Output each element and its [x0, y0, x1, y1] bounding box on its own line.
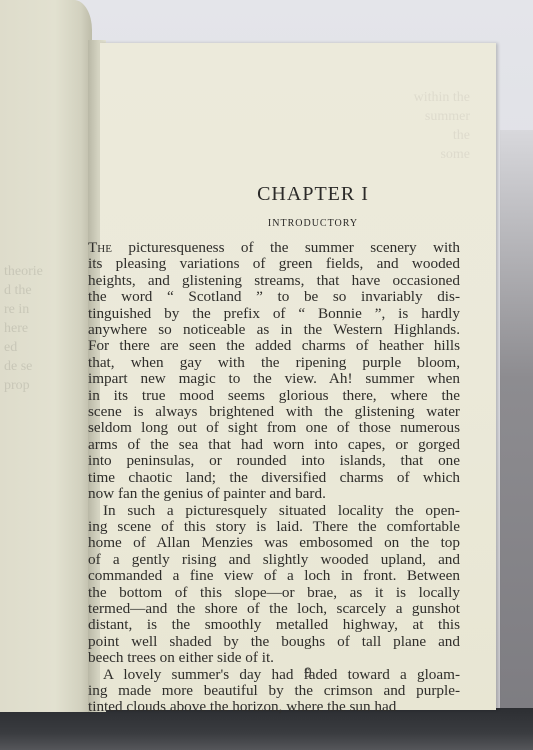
- text-line: of a gently rising and slightly wooded u…: [88, 552, 460, 568]
- text-line: heights, and glistening streams, that ha…: [88, 273, 460, 289]
- text-line: now fan the genius of painter and bard.: [88, 486, 460, 502]
- text-line: For there are seen the added charms of h…: [88, 338, 460, 354]
- text-line: its pleasing variations of green fields,…: [88, 256, 460, 272]
- text-line: In such a picturesquely situated localit…: [88, 503, 460, 519]
- text-line: the word “ Scotland ” to be so invariabl…: [88, 289, 460, 305]
- text-line: point well shaded by the boughs of tall …: [88, 634, 460, 650]
- text-line: ing made more beautiful by the crimson a…: [88, 683, 460, 699]
- text-line: distant, is the smoothly metalled highwa…: [88, 617, 460, 633]
- text-line: time chaotic land; the diversified charm…: [88, 470, 460, 486]
- text-line: scene is always brightened with the glis…: [88, 404, 460, 420]
- text-line: arms of the sea that had worn into capes…: [88, 437, 460, 453]
- text-line: home of Allan Menzies was embosomed on t…: [88, 535, 460, 551]
- text-line: that, when gay with the ripening purple …: [88, 355, 460, 371]
- right-page: within the summer the some CHAPTER I INT…: [100, 43, 496, 710]
- text-line: the bottom of this slope—or brae, as it …: [88, 585, 460, 601]
- text-line: into peninsulas, or rounded into islands…: [88, 453, 460, 469]
- left-page-faint-text: theorie d the re in here ed de se prop: [4, 262, 64, 395]
- chapter-title: CHAPTER I: [100, 183, 496, 206]
- text-line: termed—and the shore of the loch, scarce…: [88, 601, 460, 617]
- text-line: seldom long out of sight from one of tho…: [88, 420, 460, 436]
- background-shadow: [500, 130, 533, 750]
- chapter-body: The picturesqueness of the summer scener…: [88, 240, 460, 716]
- text-line: The picturesqueness of the summer scener…: [88, 240, 460, 256]
- text-line: tinguished by the prefix of “ Bonnie ”, …: [88, 306, 460, 322]
- page-number: 9: [100, 665, 496, 682]
- paragraph-2: In such a picturesquely situated localit…: [88, 503, 460, 667]
- text-line: ing scene of this story is laid. There t…: [88, 519, 460, 535]
- paragraph-1: The picturesqueness of the summer scener…: [88, 240, 460, 503]
- chapter-subtitle: INTRODUCTORY: [100, 218, 496, 229]
- show-through-text: within the summer the some: [130, 88, 470, 164]
- text-line: anywhere so noticeable as in the Western…: [88, 322, 460, 338]
- text-line: commanded a fine view of a loch in front…: [88, 568, 460, 584]
- text-line: tinted clouds above the horizon, where t…: [88, 699, 460, 715]
- left-page: theorie d the re in here ed de se prop: [0, 0, 92, 712]
- text-line: in its true mood seems glorious there, w…: [88, 388, 460, 404]
- text-line: impart new magic to the view. Ah! summer…: [88, 371, 460, 387]
